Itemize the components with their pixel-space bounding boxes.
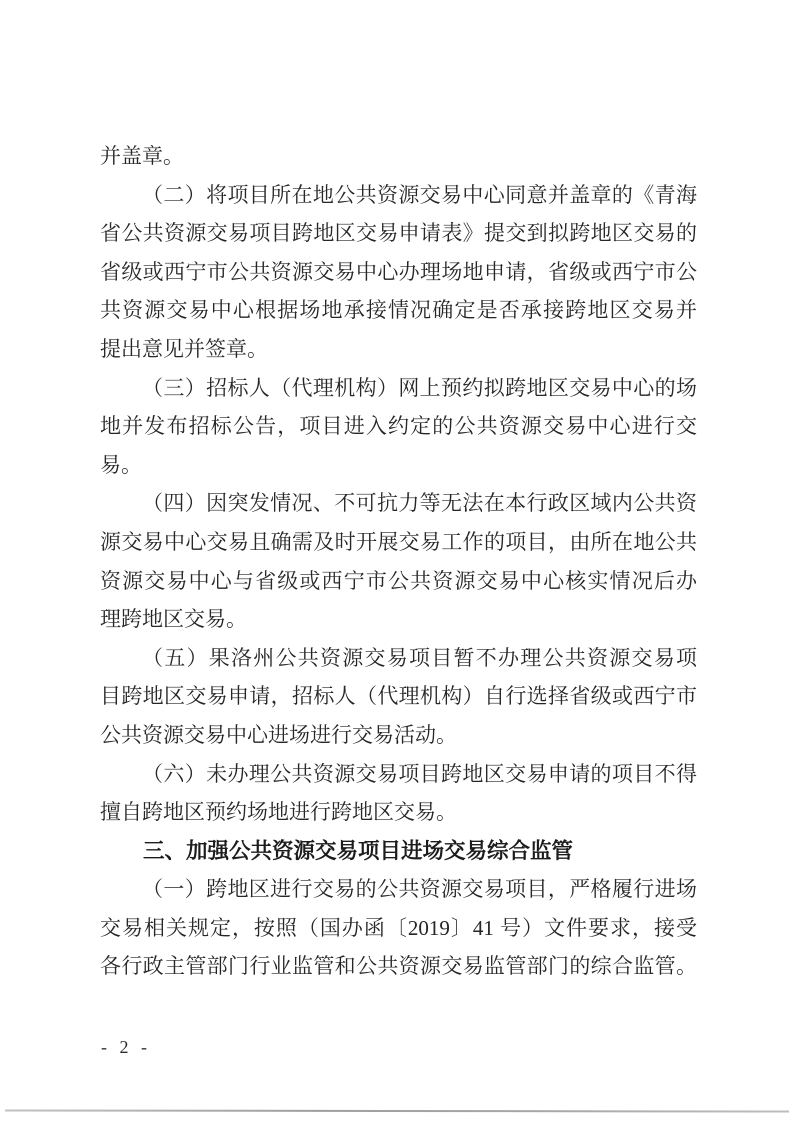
paragraph-line: （一）跨地区进行交易的公共资源交易项目，严格履行进场 — [100, 870, 697, 909]
paragraph-line: 理跨地区交易。 — [100, 600, 697, 639]
paragraph-line: 擅自跨地区预约场地进行跨地区交易。 — [100, 793, 697, 832]
paragraph-line: 提出意见并签章。 — [100, 330, 697, 369]
paragraph-line: 资源交易中心与省级或西宁市公共资源交易中心核实情况后办 — [100, 562, 697, 601]
paragraph-line: 易。 — [100, 446, 697, 485]
paragraph-line: 公共资源交易中心进场进行交易活动。 — [100, 716, 697, 755]
paragraph-line: 并盖章。 — [100, 137, 697, 176]
section-heading: 三、加强公共资源交易项目进场交易综合监管 — [100, 832, 697, 871]
paragraph-line: 各行政主管部门行业监管和公共资源交易监管部门的综合监管。 — [100, 947, 697, 986]
paragraph-line: 交易相关规定，按照（国办函〔2019〕41 号）文件要求，接受 — [100, 909, 697, 948]
scan-edge-line — [5, 1109, 789, 1112]
paragraph-line: 目跨地区交易申请，招标人（代理机构）自行选择省级或西宁市 — [100, 677, 697, 716]
paragraph-line: （五）果洛州公共资源交易项目暂不办理公共资源交易项 — [100, 639, 697, 678]
paragraph-line: 省级或西宁市公共资源交易中心办理场地申请，省级或西宁市公 — [100, 253, 697, 292]
paragraph-line: （二）将项目所在地公共资源交易中心同意并盖章的《青海 — [100, 176, 697, 215]
paragraph-line: 共资源交易中心根据场地承接情况确定是否承接跨地区交易并 — [100, 291, 697, 330]
document-body: 并盖章。 （二）将项目所在地公共资源交易中心同意并盖章的《青海 省公共资源交易项… — [100, 137, 697, 986]
paragraph-line: （三）招标人（代理机构）网上预约拟跨地区交易中心的场 — [100, 369, 697, 408]
page-number: - 2 - — [101, 1035, 151, 1059]
scanned-document-page: 并盖章。 （二）将项目所在地公共资源交易中心同意并盖章的《青海 省公共资源交易项… — [0, 0, 793, 1121]
paragraph-line: 源交易中心交易且确需及时开展交易工作的项目，由所在地公共 — [100, 523, 697, 562]
paragraph-line: （六）未办理公共资源交易项目跨地区交易申请的项目不得 — [100, 755, 697, 794]
paragraph-line: 地并发布招标公告，项目进入约定的公共资源交易中心进行交 — [100, 407, 697, 446]
paragraph-line: 省公共资源交易项目跨地区交易申请表》提交到拟跨地区交易的 — [100, 214, 697, 253]
paragraph-line: （四）因突发情况、不可抗力等无法在本行政区域内公共资 — [100, 484, 697, 523]
